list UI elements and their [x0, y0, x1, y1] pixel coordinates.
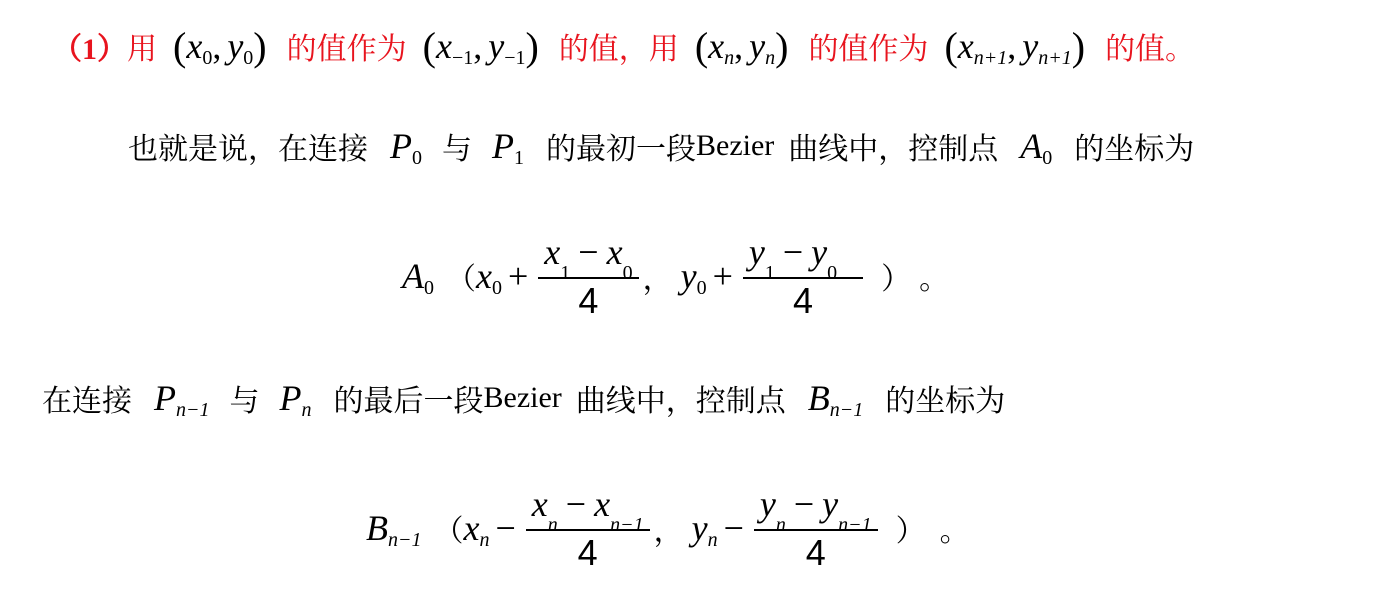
math-point-xn-yn: ( xn , yn ) [695, 23, 789, 70]
word-bezier: Bezier [484, 381, 562, 415]
condition-line-1: （1） 用 ( x0 , y0 ) 的值作为 ( x−1 , y−1 ) 的值，… [52, 18, 1195, 74]
explanation-line-2: 也就是说，在连接 P0 与 P1 的最初一段 Bezier 曲线中，控制点 A0… [128, 118, 1194, 174]
formula-A0: A0 （ x0 + x1 − x0 4 ， y0 + y1 − y0 4 ） 。 [402, 226, 949, 326]
fraction-y: yn − yn−1 4 [754, 483, 878, 573]
fraction-x: x1 − x0 4 [538, 231, 638, 321]
math-Pn: P [280, 377, 302, 419]
formula-Bn-1: Bn−1 （ xn − xn − xn−1 4 ， yn − yn − yn−1… [366, 478, 970, 578]
math-Bn-1: B [808, 377, 830, 419]
fraction-x: xn − xn−1 4 [526, 483, 650, 573]
text-value-as: 的值作为 [287, 24, 407, 68]
math-point-x-1-y-1: ( x−1 , y−1 ) [423, 23, 539, 70]
text-value-use: 的值，用 [559, 24, 679, 68]
math-Pn-1: P [154, 377, 176, 419]
math-A0: A [1020, 125, 1042, 167]
explanation-line-3: 在连接 Pn−1 与 Pn 的最后一段 Bezier 曲线中，控制点 Bn−1 … [42, 370, 1005, 426]
item-label: （1） [52, 24, 127, 68]
fraction-y: y1 − y0 4 [743, 231, 863, 321]
math-P1: P [492, 125, 514, 167]
text-use: 用 [127, 24, 157, 68]
math-P0: P [390, 125, 412, 167]
math-point-x0-y0: ( x0 , y0 ) [173, 23, 267, 70]
text-value-as-2: 的值作为 [808, 24, 928, 68]
word-bezier: Bezier [696, 129, 774, 163]
text-value-end: 的值。 [1105, 24, 1195, 68]
math-point-xn1-yn1: ( xn+1 , yn+1 ) [944, 23, 1085, 70]
